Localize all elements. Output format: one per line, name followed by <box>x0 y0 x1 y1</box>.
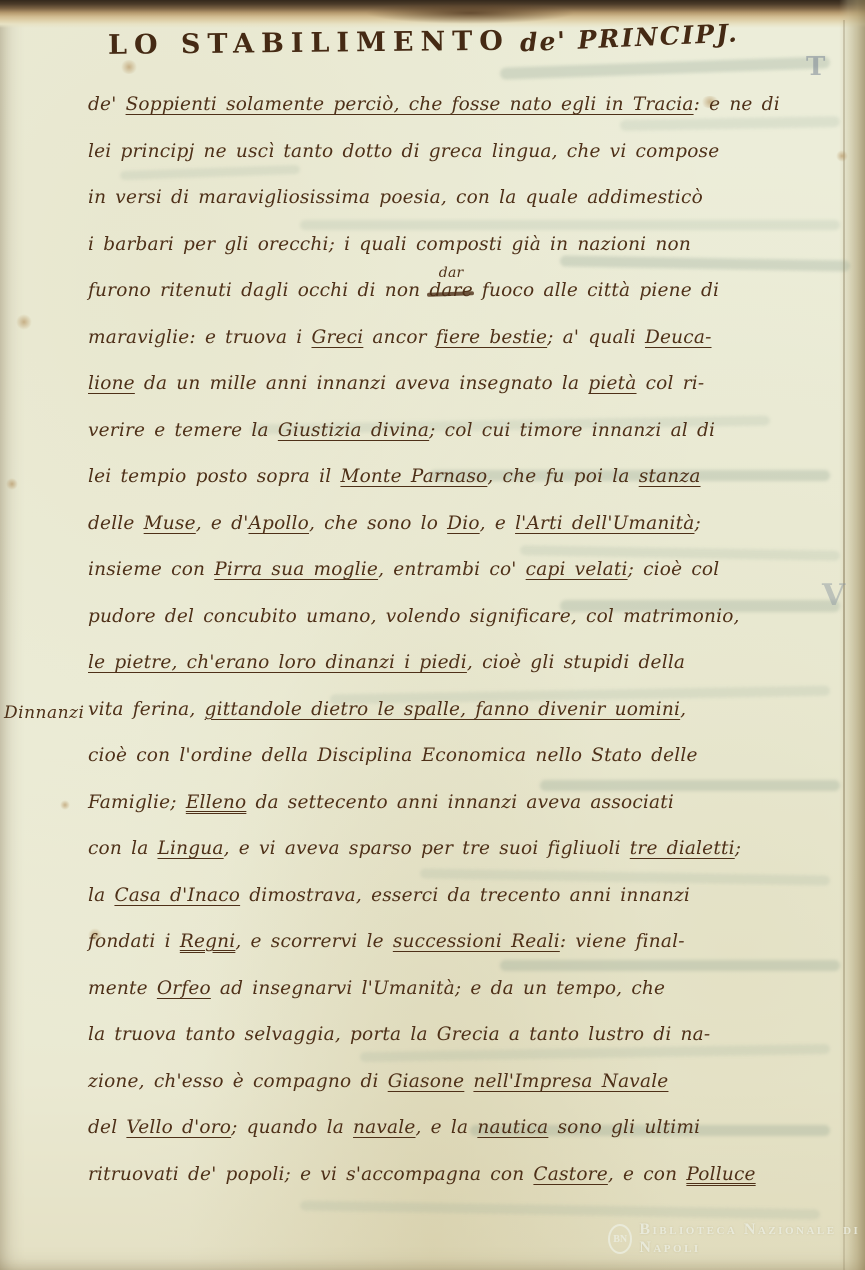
manuscript-segment: , e la <box>416 1117 478 1138</box>
manuscript-segment: : e ne di <box>694 94 780 115</box>
manuscript-segment: Apollo <box>248 513 309 534</box>
manuscript-segment: tre dialetti <box>630 838 735 859</box>
manuscript-segment: , e con <box>608 1164 687 1185</box>
manuscript-segment: de' <box>88 94 126 115</box>
manuscript-segment: , e <box>480 513 515 534</box>
manuscript-line: insieme con Pirra sua moglie, entrambi c… <box>88 559 848 606</box>
manuscript-segment: fiere bestie <box>436 327 547 348</box>
manuscript-segment: Castore <box>533 1164 607 1185</box>
manuscript-segment: , che sono lo <box>309 513 447 534</box>
manuscript-line: Famiglie; Elleno da settecento anni inna… <box>88 792 848 839</box>
manuscript-line: maraviglie: e truova i Greci ancor fiere… <box>88 327 848 374</box>
manuscript-line: verire e temere la Giustizia divina; col… <box>88 420 848 467</box>
manuscript-segment: lei principj ne uscì tanto dotto di grec… <box>88 141 719 162</box>
manuscript-segment: pietà <box>588 373 636 394</box>
manuscript-segment: nautica <box>477 1117 548 1138</box>
manuscript-segment: nell'Impresa Navale <box>473 1071 668 1092</box>
manuscript-line: la Casa d'Inaco dimostrava, esserci da t… <box>88 885 848 932</box>
manuscript-segment: furono ritenuti dagli occhi di non <box>88 280 429 301</box>
manuscript-segment: dimostrava, esserci da trecento anni inn… <box>240 885 690 906</box>
manuscript-segment: stanza <box>639 466 701 487</box>
edge-smudge <box>365 2 575 24</box>
interlinear-correction: dardare <box>429 280 472 301</box>
manuscript-line: delle Muse, e d'Apollo, che sono lo Dio,… <box>88 513 848 560</box>
manuscript-segment: sono gli ultimi <box>548 1117 700 1138</box>
manuscript-segment: Lingua <box>158 838 224 859</box>
manuscript-line: furono ritenuti dagli occhi di non darda… <box>88 280 848 327</box>
manuscript-segment: : viene final- <box>560 931 685 952</box>
manuscript-segment: le pietre, ch'erano loro dinanzi i piedi <box>88 652 467 673</box>
manuscript-segment: vita ferina, <box>88 699 205 720</box>
manuscript-segment: insieme con <box>88 559 214 580</box>
manuscript-segment: , e d' <box>196 513 249 534</box>
manuscript-line: zione, ch'esso è compagno di Giasone nel… <box>88 1071 848 1118</box>
manuscript-line: vita ferina, gittandole dietro le spalle… <box>88 699 848 746</box>
library-stamp-text: Biblioteca Nazionale di Napoli <box>639 1221 865 1257</box>
manuscript-segment: Vello d'oro <box>126 1117 231 1138</box>
manuscript-segment: Elleno <box>186 792 247 813</box>
manuscript-line: in versi di maravigliosissima poesia, co… <box>88 187 848 234</box>
manuscript-segment: fuoco alle città piene di <box>473 280 719 301</box>
manuscript-segment: Dio <box>447 513 480 534</box>
manuscript-segment: ; cioè col <box>628 559 720 580</box>
manuscript-segment: Orfeo <box>157 978 211 999</box>
manuscript-segment: dare <box>429 280 472 301</box>
manuscript-segment: col ri- <box>637 373 705 394</box>
manuscript-segment: zione, ch'esso è compagno di <box>88 1071 388 1092</box>
manuscript-segment: Soppienti solamente perciò, che fosse na… <box>126 94 694 115</box>
title-main: LO STABILIMENTO <box>108 26 510 61</box>
inserted-word: dar <box>439 265 464 281</box>
manuscript-segment: lione <box>88 373 135 394</box>
manuscript-segment: del <box>88 1117 126 1138</box>
manuscript-segment: Greci <box>311 327 363 348</box>
manuscript-segment: , cioè gli stupidi della <box>467 652 685 673</box>
margin-note: Dinnanzi <box>4 703 84 723</box>
manuscript-segment: Regni <box>180 931 236 952</box>
manuscript-segment: lei tempio posto sopra il <box>88 466 340 487</box>
manuscript-lines: de' Soppienti solamente perciò, che foss… <box>88 94 848 1210</box>
manuscript-segment: i barbari per gli orecchi; i quali compo… <box>88 234 691 255</box>
manuscript-segment: ; col cui timore innanzi al di <box>429 420 715 441</box>
manuscript-segment: , entrambi co' <box>378 559 526 580</box>
manuscript-segment: da un mille anni innanzi aveva insegnato… <box>135 373 589 394</box>
manuscript-segment: Giustizia divina <box>278 420 429 441</box>
manuscript-segment: ; quando la <box>231 1117 353 1138</box>
manuscript-segment: , e scorrervi le <box>235 931 392 952</box>
manuscript-segment: con la <box>88 838 158 859</box>
manuscript-segment: delle <box>88 513 144 534</box>
manuscript-segment: ; <box>735 838 741 859</box>
manuscript-line: con la Lingua, e vi aveva sparso per tre… <box>88 838 848 885</box>
manuscript-segment: Pirra sua moglie <box>214 559 378 580</box>
manuscript-segment: in versi di maravigliosissima poesia, co… <box>88 187 703 208</box>
library-monogram-icon: BN <box>608 1224 632 1254</box>
manuscript-segment: , e vi aveva sparso per tre suoi figliuo… <box>224 838 630 859</box>
manuscript-segment: Monte Parnaso <box>340 466 487 487</box>
manuscript-segment: la <box>88 885 114 906</box>
manuscript-segment: mente <box>88 978 157 999</box>
manuscript-segment: , <box>680 699 686 720</box>
manuscript-segment: Famiglie; <box>88 792 186 813</box>
manuscript-line: del Vello d'oro; quando la navale, e la … <box>88 1117 848 1164</box>
manuscript-segment: fondati i <box>88 931 180 952</box>
manuscript-segment: , che fu poi la <box>487 466 638 487</box>
manuscript-line: mente Orfeo ad insegnarvi l'Umanità; e d… <box>88 978 848 1025</box>
manuscript-segment: Casa d'Inaco <box>114 885 240 906</box>
manuscript-segment: ancor <box>363 327 435 348</box>
manuscript-line: cioè con l'ordine della Disciplina Econo… <box>88 745 848 792</box>
manuscript-segment: Deuca- <box>645 327 712 348</box>
manuscript-segment: ritruovati de' popoli; e vi s'accompagna… <box>88 1164 533 1185</box>
manuscript-segment: ; a' quali <box>547 327 645 348</box>
manuscript-segment: navale <box>353 1117 416 1138</box>
manuscript-line: lei principj ne uscì tanto dotto di grec… <box>88 141 848 188</box>
manuscript-segment: capi velati <box>526 559 628 580</box>
manuscript-segment: Muse <box>144 513 196 534</box>
manuscript-segment: successioni Reali <box>393 931 560 952</box>
manuscript-line: pudore del concubito umano, volendo sign… <box>88 606 848 653</box>
manuscript-segment: maraviglie: e truova i <box>88 327 311 348</box>
manuscript-segment: l'Arti dell'Umanità <box>515 513 694 534</box>
library-stamp: BN Biblioteca Nazionale di Napoli <box>608 1221 865 1257</box>
manuscript-segment: verire e temere la <box>88 420 278 441</box>
manuscript-line: fondati i Regni, e scorrervi le successi… <box>88 931 848 978</box>
manuscript-line: i barbari per gli orecchi; i quali compo… <box>88 234 848 281</box>
manuscript-segment: ; <box>694 513 700 534</box>
manuscript-segment: da settecento anni innanzi aveva associa… <box>246 792 674 813</box>
manuscript-line: de' Soppienti solamente perciò, che foss… <box>88 94 848 141</box>
manuscript-line: la truova tanto selvaggia, porta la Grec… <box>88 1024 848 1071</box>
folio-mark-top: T <box>806 52 825 82</box>
manuscript-line: lione da un mille anni innanzi aveva ins… <box>88 373 848 420</box>
manuscript-page: T V LO STABILIMENTOde' PRINCIPJ. Dinnanz… <box>0 0 865 1270</box>
title-suffix: de' PRINCIPJ. <box>519 18 739 57</box>
manuscript-segment: gittandole dietro le spalle, fanno diven… <box>205 699 681 720</box>
manuscript-segment: cioè con l'ordine della Disciplina Econo… <box>88 745 698 766</box>
manuscript-line: le pietre, ch'erano loro dinanzi i piedi… <box>88 652 848 699</box>
page-title: LO STABILIMENTOde' PRINCIPJ. <box>108 22 848 61</box>
manuscript-segment: Giasone <box>388 1071 465 1092</box>
manuscript-line: ritruovati de' popoli; e vi s'accompagna… <box>88 1164 848 1211</box>
manuscript-segment: Polluce <box>686 1164 755 1185</box>
manuscript-line: lei tempio posto sopra il Monte Parnaso,… <box>88 466 848 513</box>
manuscript-segment: ad insegnarvi l'Umanità; e da un tempo, … <box>211 978 665 999</box>
manuscript-segment: la truova tanto selvaggia, porta la Grec… <box>88 1024 710 1045</box>
manuscript-segment: pudore del concubito umano, volendo sign… <box>88 606 740 627</box>
